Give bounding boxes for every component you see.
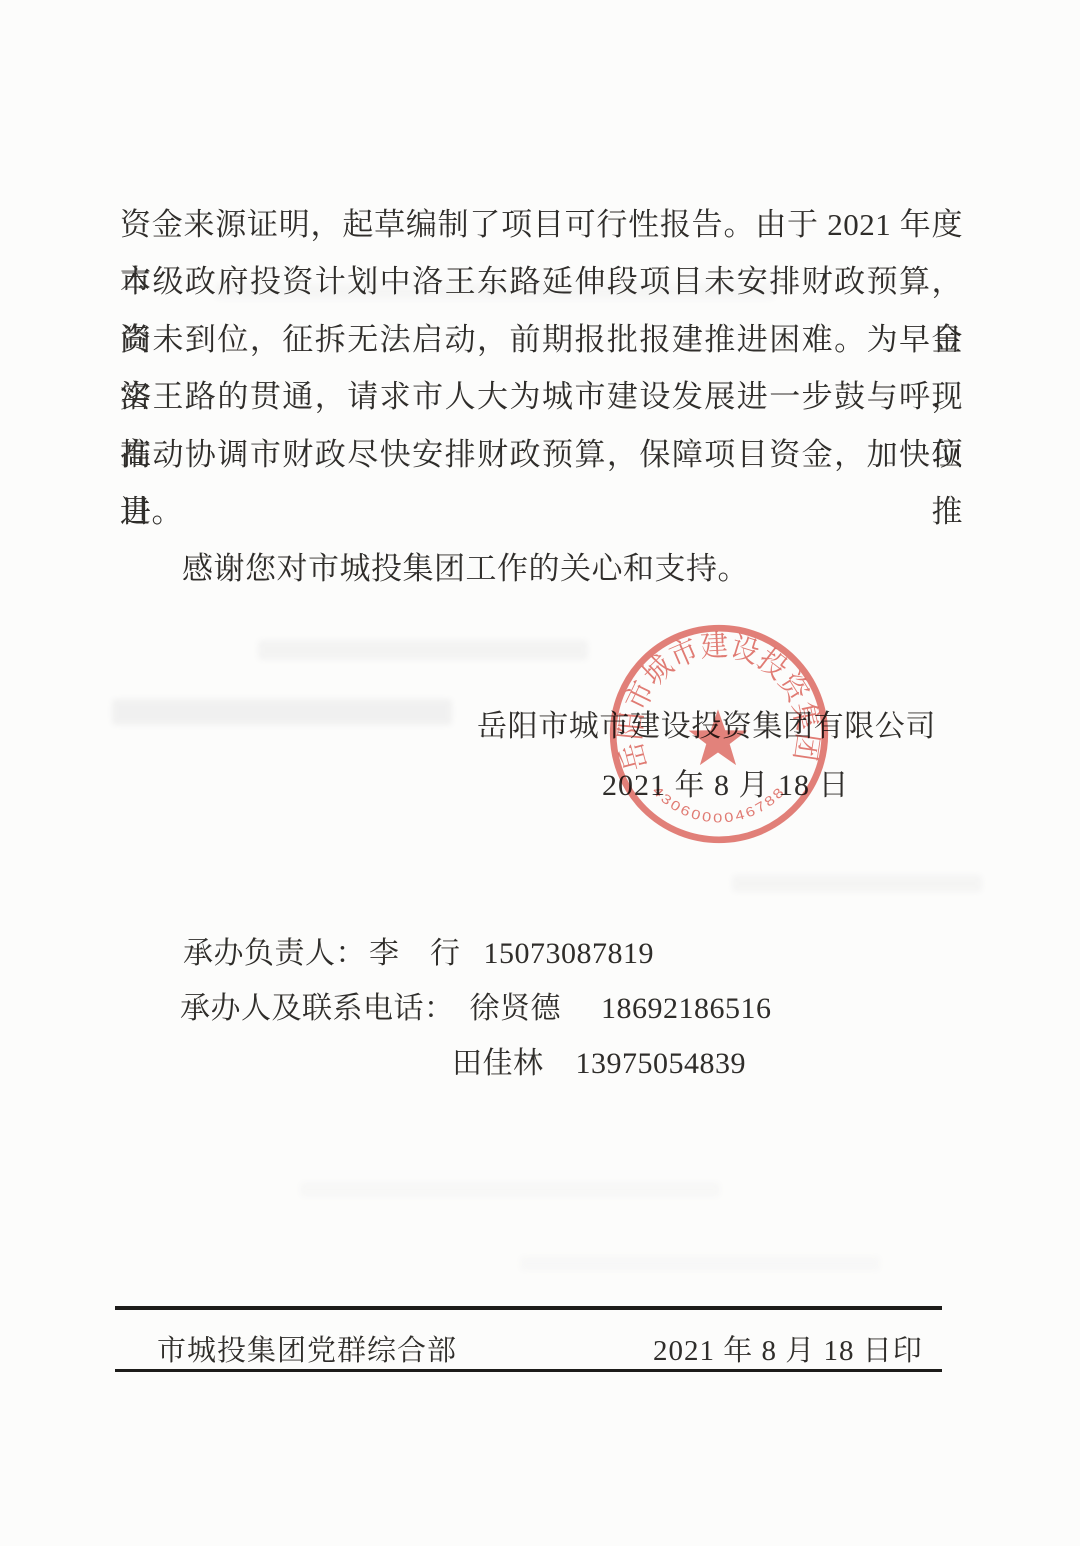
- bleed-through-artifact: [258, 640, 588, 660]
- contact-phone: 13975054839: [576, 1047, 747, 1080]
- seal-star-icon: [689, 709, 748, 765]
- scanned-letter-page: 资金来源证明，起草编制了项目可行性报告。由于 2021 年度市 本级政府投资计划…: [0, 0, 1080, 1546]
- footer-rule-top: [115, 1306, 942, 1310]
- body-line: 洛王路的贯通，请求市人大为城市建设发展进一步鼓与呼，高位: [120, 368, 963, 425]
- contact-row-manager: 承办负责人：李 行15073087819: [183, 928, 654, 972]
- bleed-through-artifact: [300, 1182, 720, 1197]
- contact-row-handler-1: 承办人及联系电话：徐贤德18692186516: [180, 983, 772, 1027]
- contact-label: 承办负责人：: [183, 937, 366, 970]
- contact-name: 田佳林: [452, 1047, 544, 1080]
- contact-name: 徐贤德: [470, 992, 562, 1025]
- letter-body: 资金来源证明，起草编制了项目可行性报告。由于 2021 年度市 本级政府投资计划…: [120, 196, 963, 598]
- bleed-through-artifact: [732, 875, 982, 892]
- seal-code-wrap: 4306000046788: [650, 783, 789, 825]
- contact-row-handler-2: 田佳林13975054839: [452, 1038, 746, 1082]
- contact-phone: 15073087819: [484, 937, 655, 970]
- company-seal: 岳阳市城市建设投资集团有限公司 4306000046788: [606, 621, 832, 847]
- bleed-through-artifact: [112, 699, 452, 725]
- body-line: 尚未到位，征拆无法启动，前期报批报建推进困难。为早日实现: [120, 311, 963, 368]
- contact-name: 李 行: [369, 937, 461, 970]
- body-line: 资金来源证明，起草编制了项目可行性报告。由于 2021 年度市: [120, 196, 963, 253]
- footer-rule-bottom: [115, 1369, 942, 1372]
- footer-department: 市城投集团党群综合部: [157, 1328, 457, 1369]
- seal-code: 4306000046788: [650, 783, 789, 825]
- body-line: 推动协调市财政尽快安排财政预算，保障项目资金，加快项目推: [120, 426, 963, 483]
- thanks-line: 感谢您对市城投集团工作的关心和支持。: [120, 540, 963, 597]
- contact-label: 承办人及联系电话：: [180, 992, 455, 1025]
- footer-print-date: 2021 年 8 月 18 日印: [653, 1328, 923, 1369]
- bleed-through-artifact: [520, 1256, 880, 1271]
- body-line: 本级政府投资计划中洛王东路延伸段项目未安排财政预算，资金: [120, 253, 963, 310]
- contact-phone: 18692186516: [601, 992, 772, 1025]
